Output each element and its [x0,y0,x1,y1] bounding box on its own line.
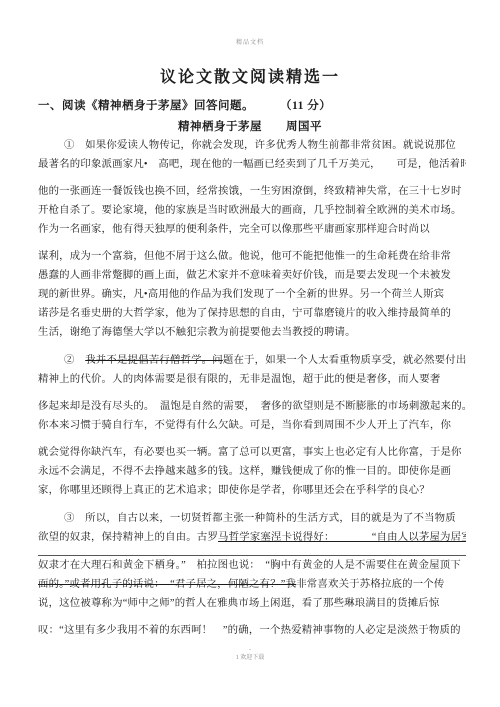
text-segment-normal: 永远不会满足，不得不去挣越来越多的钱。这样，赚钱便成了你的惟一目的。即使你是画 [38,466,451,477]
text-segment-normal: 愚蠢的人画非常蹩脚的画上面，做艺术家并不意味着卖好价钱，而是要去发现一个未被发 [38,270,451,281]
text-segment-strike: 面的。”或者用孔子的话说： “君子居之，何陋之有？”我 [38,579,296,590]
text-line: 家，你哪里还顾得上真正的艺术追求；即使你是学者，你哪里还会在乎科学的良心？ [38,481,466,500]
essay-heading-separator [262,121,286,133]
document-title: 议论文散文阅读精选一 [0,64,500,87]
text-line: ① 如果你爱读人物传记，你就会发现，许多优秀人物生前都非常贫困。就说说那位 [38,136,466,155]
essay-paragraph-1: ① 如果你爱读人物传记，你就会发现，许多优秀人物生前都非常贫困。就说说那位最著名… [38,136,466,342]
essay-paragraph-3: ③ 所以，自古以来，一切贤哲都主张一种简朴的生活方式，目的就是为了不当物质欲望的… [38,509,466,640]
essay-paragraph-2: ② 我并不是提倡苦行僧哲学。问题在于，如果一个人太看重物质享受，就必然要付出精神… [38,351,466,500]
header-watermark: 精品文档 [0,37,500,46]
text-line: 最著名的印象派画家凡• 高吧，现在他的一幅画已经卖到了几千万美元， 可是，他活着… [38,155,466,174]
text-line: 谋利，成为一个富翁，但他不屑于这么做。他说，他可不能把他惟一的生命耗费在给非常 [38,247,466,266]
footer-mark: - [0,646,500,654]
text-line: 精神上的代价。人的肉体需要是很有限的，无非是温饱，超于此的便是奢侈，而人要奢 [38,370,466,389]
text-line: 诺莎是名垂史册的大哲学家，他为了保持思想的自由，宁可靠磨镜片的收入维持最简单的 [38,304,466,323]
essay-body: ① 如果你爱读人物传记，你就会发现，许多优秀人物生前都非常贫困。就说说那位最著名… [38,136,466,640]
text-line: 作为一名画家，他有得天独厚的便利条件，完全可以像那些平庸画家那样迎合时尚以 [38,220,466,239]
text-line: 叹：“这里有多少我用不着的东西呵！ ”的确，一个热爱精神事物的人必定是淡然于物质… [38,621,466,640]
text-segment-normal: 家，你哪里还顾得上真正的艺术追求；即使你是学者，你哪里还会在乎科学的良心？ [38,485,430,496]
footer-page-label: 1 欢迎下载 [0,654,500,662]
essay-author: 周国平 [286,121,322,133]
text-line: 永远不会满足，不得不去挣越来越多的钱。这样，赚钱便成了你的惟一目的。即使你是画 [38,462,466,481]
text-line: 说，这位被尊称为“师中之师”的哲人在雅典市场上闲逛，看了那些琳琅满目的货摊后惊 [38,594,466,613]
text-segment-normal: ③ 所以，自古以来，一切贤哲都主张一种简朴的生活方式，目的就是为了不当物质 [64,513,456,524]
text-segment-normal: 奴隶才在大理石和黄金下栖身。” 柏拉图也说： “胸中有黄金的人是不需要住在黄金屋… [38,560,461,571]
question-line: 一、阅读《精神栖身于茅屋》回答问题。（11 分） [38,97,462,113]
text-segment-normal: ② [64,355,85,366]
essay-heading: 精神栖身于茅屋 周国平 [0,118,500,134]
text-segment-normal: 叹：“这里有多少我用不着的东西呵！ ”的确，一个热爱精神事物的人必定是淡然于物质… [38,625,461,636]
text-line: 愚蠢的人画非常蹩脚的画上面，做艺术家并不意味着卖好价钱，而是要去发现一个未被发 [38,266,466,285]
text-segment-normal: 题在于，如果一个人太看重物质享受，就必然要付出 [223,355,466,366]
text-line: 你本来习惯于骑自行车，不觉得有什么欠缺。可是，当你看到周围不少人开上了汽车，你 [38,416,466,435]
text-segment-normal: 现的新世界。确实，凡•高用他的作品为我们发现了一个全新的世界。另一个荷兰人斯宾 [38,289,444,300]
text-segment-normal: 说，这位被尊称为“师中之师”的哲人在雅典市场上闲逛，看了那些琳琅满目的货摊后惊 [38,598,439,609]
text-line: 现的新世界。确实，凡•高用他的作品为我们发现了一个全新的世界。另一个荷兰人斯宾 [38,285,466,304]
text-line: 他的一张画连一餐饭钱也换不回，经常挨饿，一生穷困潦倒，终致精神失常，在三十七岁时 [38,182,466,201]
footer-note: - 1 欢迎下载 [0,646,500,662]
text-line: ② 我并不是提倡苦行僧哲学。问题在于，如果一个人太看重物质享受，就必然要付出 [38,351,466,370]
text-segment-normal: 精神上的代价。人的肉体需要是很有限的，无非是温饱，超于此的便是奢侈，而人要奢 [38,374,440,385]
text-line: 欲望的奴隶，保持精神上的自由。古罗马哲学家塞涅卡说得好： “自由人以茅屋为居室， [38,528,466,547]
text-line: 侈起来却是没有尽头的。 温饱是自然的需要， 奢侈的欲望则是不断膨胀的市场刺激起来… [38,397,466,416]
text-line: 开枪自杀了。要论家境，他的家族是当时欧洲最大的画商，几乎控制着全欧洲的美术市场。 [38,201,466,220]
text-segment-normal: 开枪自杀了。要论家境，他的家族是当时欧洲最大的画商，几乎控制着全欧洲的美术市场。 [38,205,462,216]
question-label: 一、阅读《精神栖身于茅屋》回答问题。 [38,100,254,112]
text-segment-normal: 侈起来却是没有尽头的。 温饱是自然的需要， 奢侈的欲望则是不断膨胀的市场刺激起来… [38,401,466,412]
document-page: 精品文档 议论文散文阅读精选一 一、阅读《精神栖身于茅屋》回答问题。（11 分）… [0,0,500,707]
text-line: 奴隶才在大理石和黄金下栖身。” 柏拉图也说： “胸中有黄金的人是不需要住在黄金屋… [38,555,466,575]
text-line: 就会觉得你缺汽车，有必要也买一辆。富了总可以更富，事实上也必定有人比你富，于是你 [38,443,466,462]
text-line: 生活，谢绝了海德堡大学以不触犯宗教为前提要他去当教授的聘请。 [38,323,466,342]
text-segment-normal: 就会觉得你缺汽车，有必要也买一辆。富了总可以更富，事实上也必定有人比你富，于是你 [38,447,462,458]
text-segment-normal: ① 如果你爱读人物传记，你就会发现，许多优秀人物生前都非常贫困。就说说那位 [64,140,456,151]
text-line: ③ 所以，自古以来，一切贤哲都主张一种简朴的生活方式，目的就是为了不当物质 [38,509,466,528]
text-segment-normal: 诺莎是名垂史册的大哲学家，他为了保持思想的自由，宁可靠磨镜片的收入维持最简单的 [38,308,451,319]
text-segment-normal: 作为一名画家，他有得天独厚的便利条件，完全可以像那些平庸画家那样迎合时尚以 [38,224,430,235]
text-segment-normal: 最著名的印象派画家凡• 高吧，现在他的一幅画已经卖到了几千万美元， 可是，他活着… [38,159,466,170]
text-segment-normal: 你本来习惯于骑自行车，不觉得有什么欠缺。可是，当你看到周围不少人开上了汽车，你 [38,420,451,431]
text-line: 面的。”或者用孔子的话说： “君子居之，何陋之有？”我非常喜欢关于苏格拉底的一个… [38,575,466,594]
text-segment-underline: 马哲学家塞涅卡说得好： “自由人以茅屋为居室， [218,532,466,543]
text-segment-normal: 生活，谢绝了海德堡大学以不触犯宗教为前提要他去当教授的聘请。 [38,327,356,338]
text-segment-normal: 谋利，成为一个富翁，但他不屑于这么做。他说，他可不能把他惟一的生命耗费在给非常 [38,251,451,262]
question-score: （11 分） [280,97,331,113]
text-segment-normal: 他的一张画连一餐饭钱也换不回，经常挨饿，一生穷困潦倒，终致精神失常，在三十七岁时 [38,186,462,197]
text-segment-normal: 欲望的奴隶，保持精神上的自由。古罗 [38,532,218,543]
essay-title: 精神栖身于茅屋 [178,121,262,133]
text-segment-strike: 我并不是提倡苦行僧哲学。问 [85,355,223,366]
text-segment-normal: 非常喜欢关于苏格拉底的一个传 [296,579,444,590]
